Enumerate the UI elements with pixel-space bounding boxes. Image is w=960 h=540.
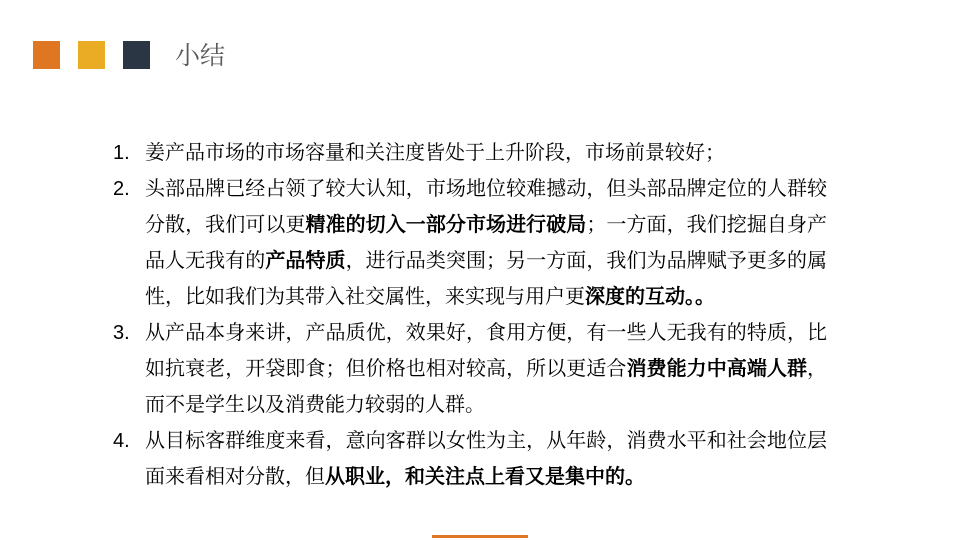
item-text: 头部品牌已经占领了较大认知，市场地位较难撼动，但头部品牌定位的人群较分散，我们可…	[145, 178, 827, 308]
item-text-bold: 消费能力中高端人群	[626, 358, 807, 380]
page-title: 小结	[175, 41, 225, 71]
amber-square	[78, 41, 105, 69]
item-text: 从目标客群维度来看，意向客群以女性为主，从年龄，消费水平和社会地位层面来看相对分…	[145, 430, 827, 488]
list-item: 2.头部品牌已经占领了较大认知，市场地位较难撼动，但头部品牌定位的人群较分散，我…	[113, 171, 827, 315]
summary-list: 1.姜产品市场的市场容量和关注度皆处于上升阶段，市场前景较好；2.头部品牌已经占…	[113, 135, 827, 495]
item-text-bold: 产品特质	[265, 250, 345, 272]
item-number: 2.	[113, 171, 130, 207]
item-text: 姜产品市场的市场容量和关注度皆处于上升阶段，市场前景较好；	[145, 142, 725, 164]
item-text-bold: 精准的切入一部分市场进行破局	[306, 214, 587, 236]
navy-square	[123, 41, 150, 69]
list-item: 3.从产品本身来讲，产品质优，效果好，食用方便，有一些人无我有的特质，比如抗衰老…	[113, 315, 827, 423]
item-number: 3.	[113, 315, 130, 351]
item-text: 从产品本身来讲，产品质优，效果好，食用方便，有一些人无我有的特质，比如抗衰老，开…	[145, 322, 827, 416]
item-number: 4.	[113, 423, 130, 459]
list-item: 4.从目标客群维度来看，意向客群以女性为主，从年龄，消费水平和社会地位层面来看相…	[113, 423, 827, 495]
item-number: 1.	[113, 135, 130, 171]
list-item: 1.姜产品市场的市场容量和关注度皆处于上升阶段，市场前景较好；	[113, 135, 827, 171]
footer-accent-line	[432, 535, 528, 538]
item-text-bold: 从职业，和关注点上看又是集中的。	[325, 466, 645, 488]
accent-squares	[33, 41, 150, 69]
slide: 小结 1.姜产品市场的市场容量和关注度皆处于上升阶段，市场前景较好；2.头部品牌…	[0, 0, 960, 540]
item-text-regular: 姜产品市场的市场容量和关注度皆处于上升阶段，市场前景较好；	[145, 142, 725, 164]
orange-square	[33, 41, 60, 69]
item-text-bold: 深度的互动。。	[585, 286, 715, 308]
